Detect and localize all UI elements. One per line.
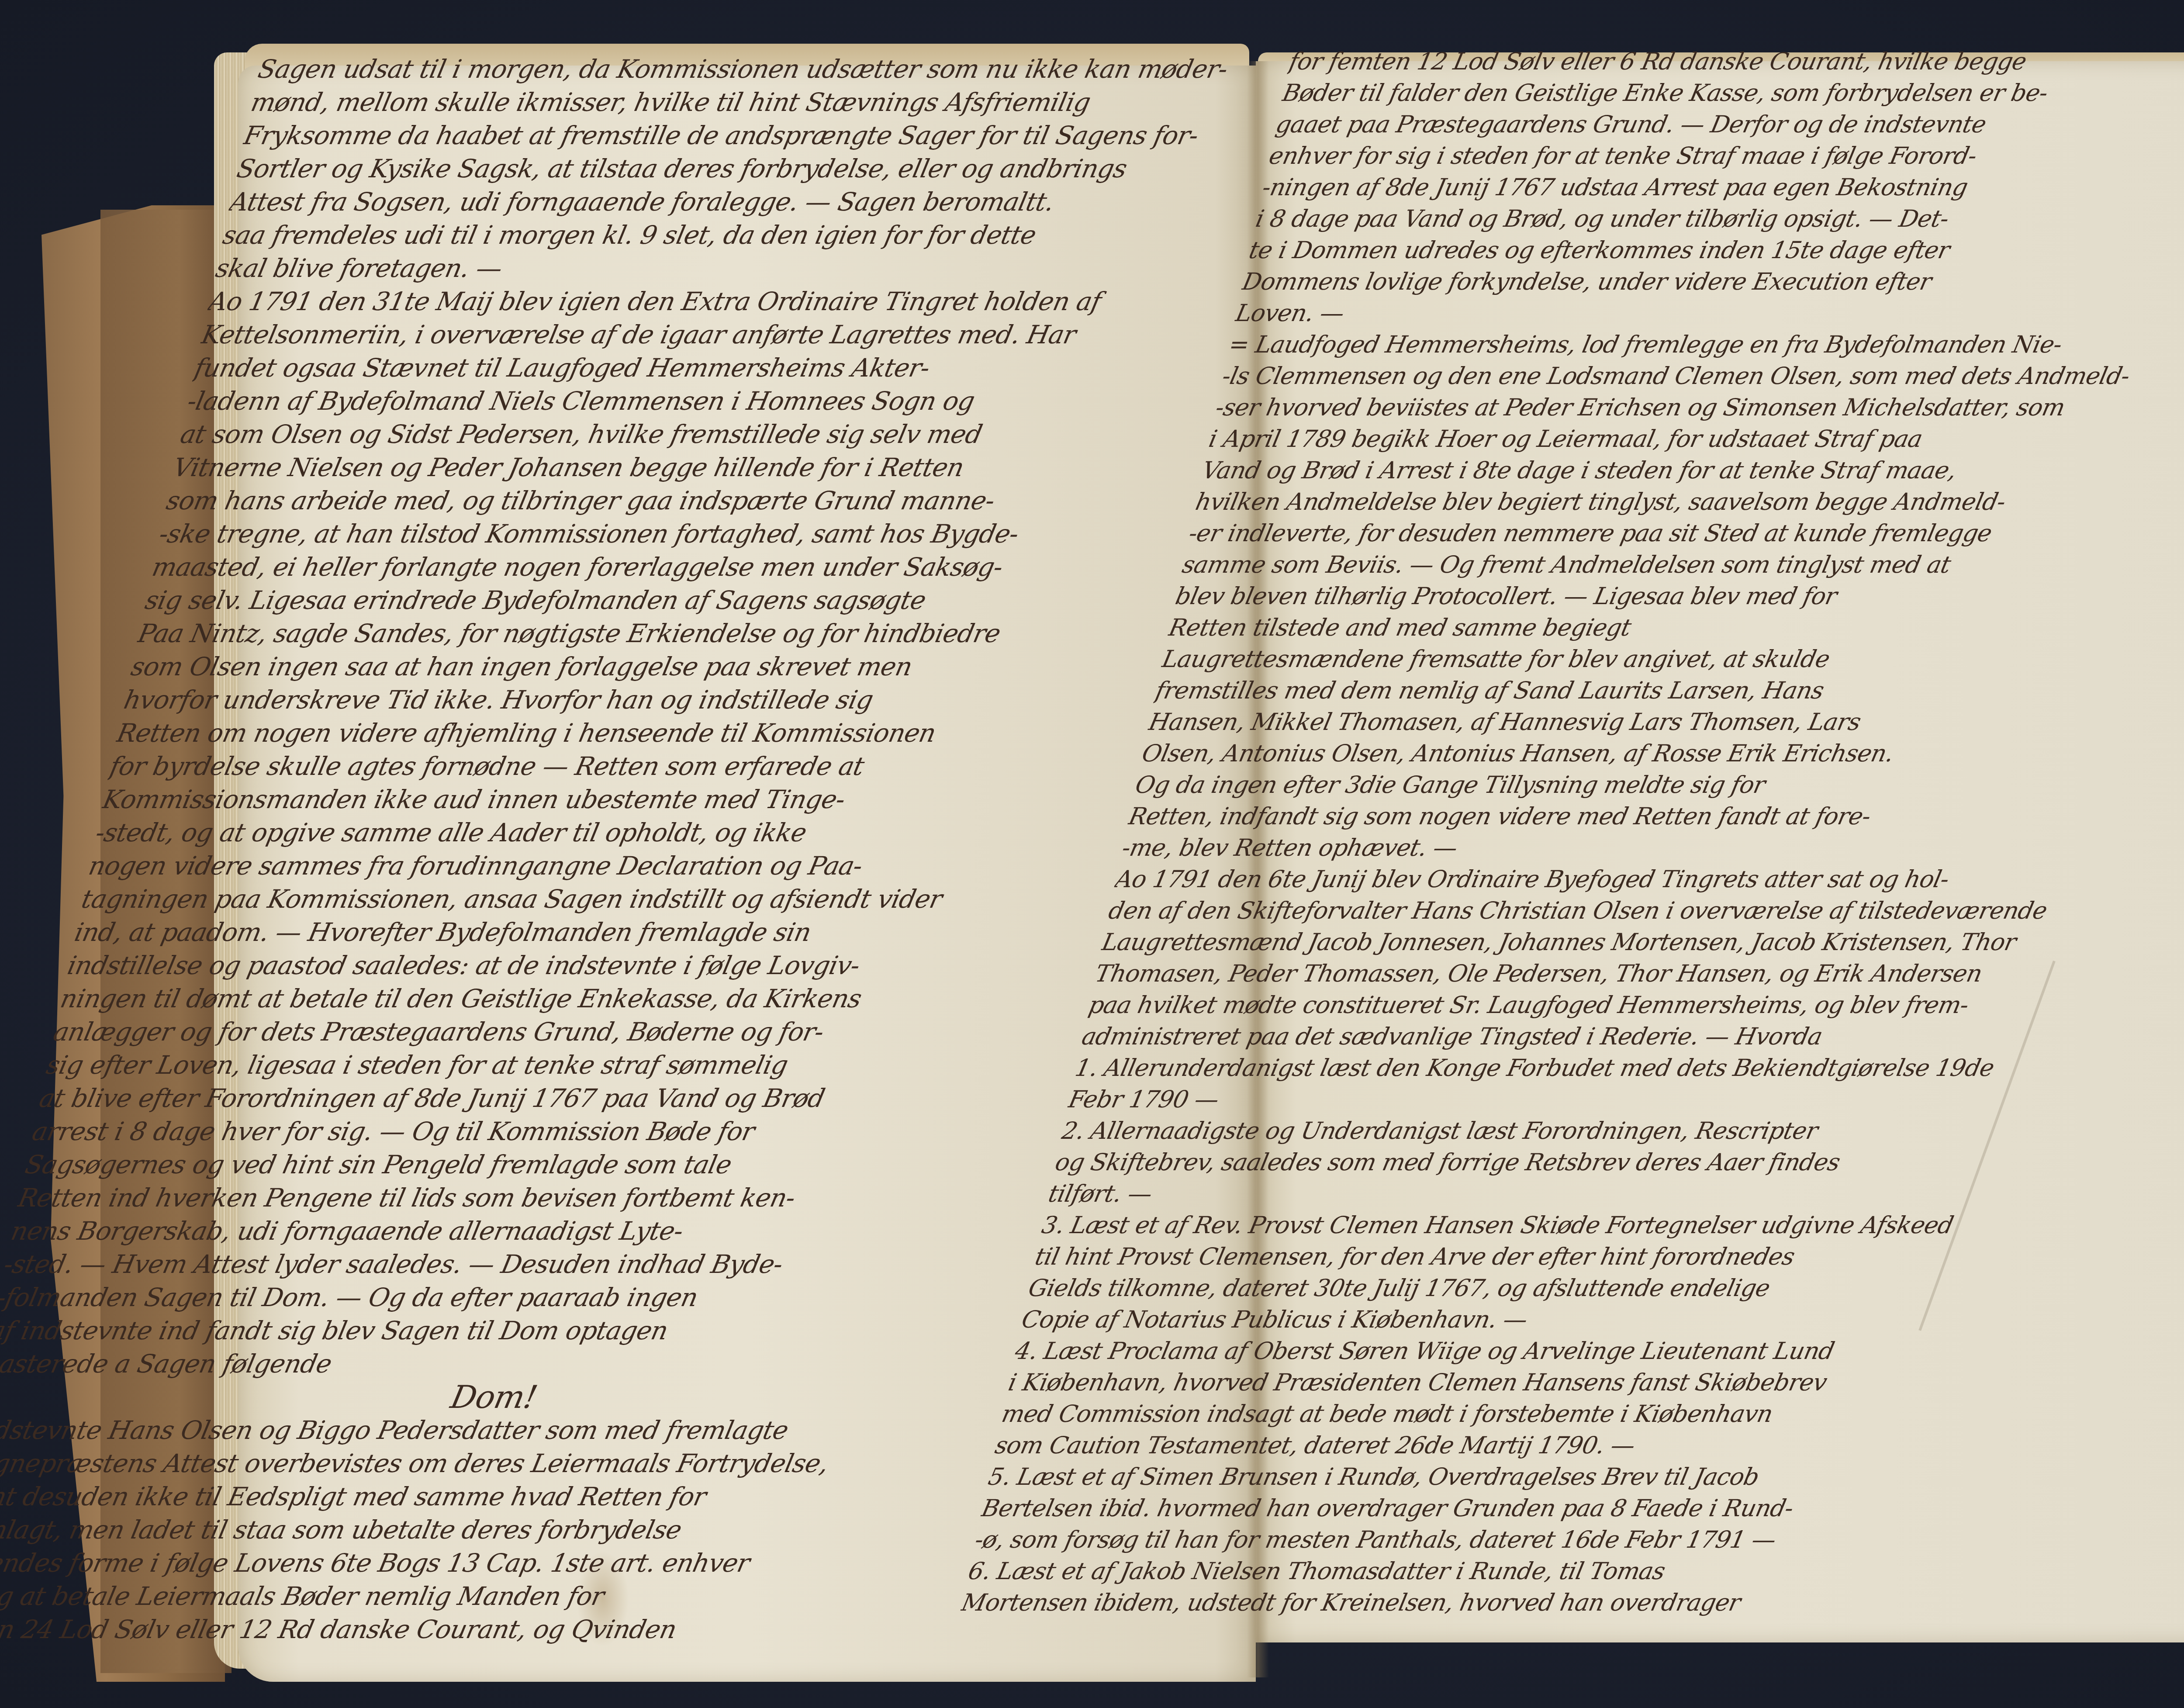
manuscript-line: Thomasen, Peder Thomassen, Ole Pedersen,…	[1092, 958, 2060, 989]
manuscript-line: 6. Læst et af Jakob Nielsen Thomasdatter…	[965, 1556, 1933, 1587]
manuscript-line: nogen videre sammes fra forudinngangne D…	[86, 849, 1075, 882]
manuscript-line: tilført. —	[1046, 1178, 2013, 1210]
manuscript-line: Sortler og Kysike Sagsk, at tilstaa dere…	[234, 152, 1223, 185]
manuscript-line: -er indleverte, for desuden nemmere paa …	[1186, 518, 2153, 549]
manuscript-line: Retten om nogen videre afhjemling i hens…	[114, 716, 1104, 750]
manuscript-line: Febr 1790 —	[1066, 1084, 2033, 1115]
manuscript-line: -ladenn af Bydefolmand Niels Clemmensen …	[184, 384, 1174, 418]
manuscript-line: for byrdelse skulle agtes fornødne — Ret…	[107, 750, 1097, 783]
manuscript-line: mønd, mellom skulle ikmisser, hvilke til…	[248, 86, 1238, 119]
manuscript-line: for femten 12 Lod Sølv eller 6 Rd danske…	[1286, 46, 2184, 77]
manuscript-line: i April 1789 begikk Hoer og Leiermaal, f…	[1206, 423, 2174, 455]
manuscript-line: fremstilles med dem nemlig af Sand Lauri…	[1153, 675, 2120, 706]
manuscript-line: med Commission indsagt at bede mødt i fo…	[999, 1398, 1966, 1430]
manuscript-line: 4. Læst Proclama af Oberst Søren Wiige o…	[1012, 1335, 1980, 1367]
manuscript-line: Olsen, Antonius Olsen, Antonius Hansen, …	[1139, 738, 2107, 769]
manuscript-line: Retten, indfandt sig som nogen videre me…	[1126, 801, 2093, 832]
manuscript-line: at blive efter Forordningen af 8de Junij…	[36, 1082, 1026, 1115]
manuscript-line: -ø, som forsøg til han for mesten Pantha…	[972, 1524, 1939, 1556]
manuscript-line: blev bleven tilhørlig Protocollert. — Li…	[1173, 581, 2140, 612]
manuscript-line: Paa Nintz, sagde Sandes, for nøgtigste E…	[135, 617, 1125, 650]
manuscript-line: Kommissionsmanden ikke aud innen ubestem…	[100, 783, 1089, 816]
manuscript-line: fundet ogsaa Stævnet til Laugfoged Hemme…	[191, 351, 1181, 384]
manuscript-line: Ao 1791 den 6te Junij blev Ordinaire Bye…	[1113, 864, 2080, 895]
manuscript-line: gaaet paa Præstegaardens Grund. — Derfor…	[1273, 109, 2184, 140]
manuscript-line: skal blive foretagen. —	[213, 252, 1203, 285]
manuscript-line: Vand og Brød i Arrest i 8te dage i stede…	[1199, 455, 2167, 486]
manuscript-line: som Olsen ingen saa at han ingen forlagg…	[128, 650, 1118, 683]
manuscript-line: Fryksomme da haabet at fremstille de and…	[241, 119, 1231, 152]
manuscript-line: Ao 1791 den 31te Maij blev igien den Ext…	[206, 285, 1196, 318]
manuscript-line: -folmanden Sagen til Dom. — Og da efter …	[0, 1281, 984, 1314]
manuscript-line: Loven. —	[1233, 297, 2184, 329]
manuscript-line: enhver for sig i steden for at tenke Str…	[1266, 140, 2184, 172]
manuscript-line: ind, at paadom. — Hvorefter Bydefolmande…	[72, 916, 1061, 949]
manuscript-line: Laugrettesmændene fremsatte for blev ang…	[1159, 643, 2127, 675]
manuscript-line: 1. Allerunderdanigst læst den Konge Forb…	[1072, 1052, 2040, 1084]
manuscript-line: i 8 dage paa Vand og Brød, og under tilb…	[1253, 203, 2184, 235]
manuscript-line: den af den Skifteforvalter Hans Christia…	[1106, 895, 2073, 927]
manuscript-line: tilkiendes forme i følge Lovens 6te Bogs…	[0, 1546, 927, 1580]
manuscript-line: i Kiøbenhavn, hvorved Præsidenten Clemen…	[1006, 1367, 1973, 1398]
manuscript-line: Lasterede a Sagen følgende	[0, 1347, 970, 1380]
manuscript-line: -ningen af 8de Junij 1767 udstaa Arrest …	[1259, 172, 2184, 203]
verdict-heading: Dom!	[0, 1380, 963, 1414]
manuscript-line: hvilken Andmeldelse blev begiert tinglys…	[1192, 486, 2160, 518]
manuscript-line: Retten tilstede and med samme begiegt	[1166, 612, 2133, 643]
manuscript-line: Indstevnte Hans Olsen og Biggo Pedersdat…	[0, 1414, 956, 1447]
manuscript-line: 5. Læst et af Simen Brunsen i Rundø, Ove…	[985, 1461, 1953, 1493]
manuscript-line: Mortensen ibidem, udstedt for Kreinelsen…	[959, 1587, 1926, 1618]
manuscript-line: Dommens lovlige forkyndelse, under vider…	[1240, 266, 2184, 297]
manuscript-line: Sognepræstens Attest overbevistes om der…	[0, 1447, 949, 1480]
manuscript-line: sig selv. Ligesaa erindrede Bydefolmande…	[142, 584, 1132, 617]
manuscript-line: nens Borgerskab, udi forngaaende allerna…	[8, 1214, 998, 1248]
manuscript-line: Kettelsonmeriin, i overværelse af de iga…	[199, 318, 1189, 351]
manuscript-line: til hint Provst Clemensen, for den Arve …	[1032, 1241, 2000, 1272]
manuscript-line: fremlagt, men ladet til staa som ubetalt…	[0, 1513, 934, 1546]
manuscript-line: -ls Clemmensen og den ene Lodsmand Cleme…	[1220, 360, 2184, 392]
manuscript-line: femten 24 Lod Sølv eller 12 Rd danske Co…	[0, 1613, 913, 1646]
manuscript-line: Og da ingen efter 3die Gange Tillysning …	[1133, 769, 2100, 801]
manuscript-line: indstillelse og paastod saaledes: at de …	[65, 949, 1054, 982]
manuscript-line: -sted. — Hvem Attest lyder saaledes. — D…	[1, 1248, 991, 1281]
manuscript-line: saa fremdeles udi til i morgen kl. 9 sle…	[220, 218, 1209, 252]
manuscript-line: og Skiftebrev, saaledes som med forrige …	[1052, 1147, 2020, 1178]
manuscript-line: som Caution Testamentet, dateret 26de Ma…	[992, 1430, 1959, 1461]
manuscript-line: -ser hvorved beviistes at Peder Erichsen…	[1213, 392, 2180, 423]
manuscript-line: hvorfor underskreve Tid ikke. Hvorfor ha…	[121, 683, 1111, 716]
manuscript-line: for sig at betale Leiermaals Bøder nemli…	[0, 1580, 920, 1613]
manuscript-line: tagningen paa Kommissionen, ansaa Sagen …	[79, 882, 1068, 916]
manuscript-line: Attest fra Sogsen, udi forngaaende foral…	[227, 185, 1216, 218]
manuscript-line: te i Dommen udredes og efterkommes inden…	[1246, 235, 2184, 266]
manuscript-line: 2. Allernaadigste og Underdanigst læst F…	[1059, 1115, 2026, 1147]
manuscript-line: Copie af Notarius Publicus i Kiøbenhavn.…	[1019, 1304, 1987, 1335]
manuscript-line: samt desuden ikke til Eedspligt med samm…	[0, 1480, 941, 1513]
manuscript-line: samme som Beviis. — Og fremt Andmeldelse…	[1179, 549, 2147, 581]
manuscript-line: Sagsøgernes og ved hint sin Pengeld frem…	[22, 1148, 1012, 1181]
manuscript-line: -ske tregne, at han tilstod Kommissionen…	[156, 517, 1146, 550]
manuscript-line: ningen til dømt at betale til den Geistl…	[58, 982, 1047, 1015]
manuscript-line: anlægger og for dets Præstegaardens Grun…	[50, 1015, 1040, 1048]
manuscript-line: Vitnerne Nielsen og Peder Johansen begge…	[170, 451, 1160, 484]
manuscript-line: maasted, ei heller forlangte nogen forer…	[149, 550, 1139, 584]
manuscript-line: -me, blev Retten ophævet. —	[1119, 832, 2087, 864]
manuscript-line: som hans arbeide med, og tilbringer gaa …	[163, 484, 1153, 517]
manuscript-line: Hansen, Mikkel Thomasen, af Hannesvig La…	[1146, 706, 2113, 738]
manuscript-line: Bertelsen ibid. hvormed han overdrager G…	[979, 1493, 1946, 1524]
manuscript-line: af indstevnte ind fandt sig blev Sagen t…	[0, 1314, 977, 1347]
manuscript-line: paa hvilket mødte constitueret Sr. Laugf…	[1086, 989, 2053, 1021]
manuscript-line: Bøder til falder den Geistlige Enke Kass…	[1279, 77, 2184, 109]
manuscript-line: = Laudfoged Hemmersheims, lod fremlegge …	[1226, 329, 2184, 360]
manuscript-line: Gields tilkomne, dateret 30te Julij 1767…	[1026, 1272, 1993, 1304]
manuscript-line: at som Olsen og Sidst Pedersen, hvilke f…	[177, 418, 1167, 451]
manuscript-line: Retten ind hverken Pengene til lids som …	[15, 1181, 1005, 1214]
manuscript-line: Laugrettesmænd Jacob Jonnesen, Johannes …	[1099, 927, 2067, 958]
manuscript-line: arrest i 8 dage hver for sig. — Og til K…	[29, 1115, 1019, 1148]
manuscript-line: sig efter Loven, ligesaa i steden for at…	[43, 1048, 1033, 1082]
manuscript-line: 3. Læst et af Rev. Provst Clemen Hansen …	[1039, 1210, 2006, 1241]
manuscript-line: Sagen udsat til i morgen, da Kommissione…	[255, 52, 1245, 86]
manuscript-line: administreret paa det sædvanlige Tingste…	[1079, 1021, 2046, 1052]
manuscript-line: -stedt, og at opgive samme alle Aader ti…	[93, 816, 1082, 849]
